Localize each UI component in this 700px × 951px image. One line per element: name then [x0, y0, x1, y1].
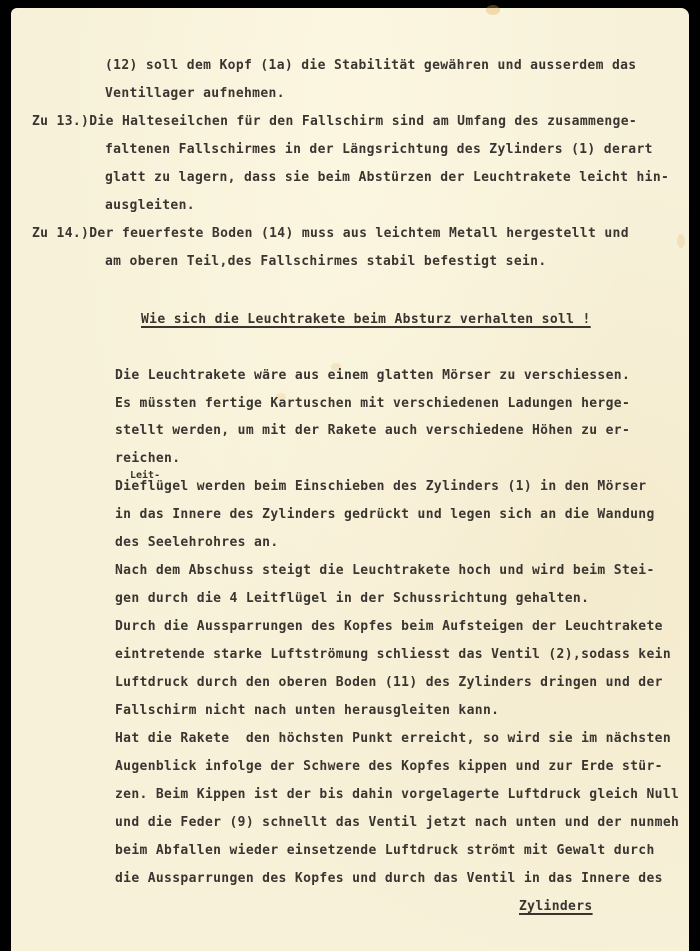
paper-stain: [677, 234, 685, 248]
text-line: gen durch die 4 Leitflügel in der Schuss…: [115, 591, 589, 606]
text-line: in das Innere des Zylinders gedrückt und…: [115, 507, 655, 522]
text-line: eintretende starke Luftströmung schliess…: [115, 647, 671, 662]
text-line: Fallschirm nicht nach unten herausgleite…: [115, 703, 499, 718]
text-line: Durch die Aussparrungen des Kopfes beim …: [115, 619, 663, 634]
text-line: Luftdruck durch den oberen Boden (11) de…: [115, 675, 663, 690]
text-line: zen. Beim Kippen ist der bis dahin vorge…: [115, 787, 679, 802]
text-line: die Aussparrungen des Kopfes und durch d…: [115, 871, 663, 886]
text-line: (12) soll dem Kopf (1a) die Stabilität g…: [105, 58, 636, 73]
text-line: Zu 13.)Die Halteseilchen für den Fallsch…: [32, 114, 637, 129]
text-line: Die Leuchtrakete wäre aus einem glatten …: [115, 368, 630, 383]
text-line: reichen.: [115, 451, 180, 466]
paper-stain: [486, 5, 500, 15]
text-line: des Seelehrohres an.: [115, 535, 279, 550]
text-line: Es müssten fertige Kartuschen mit versch…: [115, 396, 630, 411]
text-line: und die Feder (9) schnellt das Ventil je…: [115, 815, 679, 830]
text-line: Nach dem Abschuss steigt die Leuchtraket…: [115, 563, 655, 578]
text-line: Zu 14.)Der feuerfeste Boden (14) muss au…: [32, 226, 629, 241]
text-line: glatt zu lagern, dass sie beim Abstürzen…: [105, 170, 669, 185]
text-line: Hat die Rakete den höchsten Punkt erreic…: [115, 731, 671, 746]
text-line: Augenblick infolge der Schwere des Kopfe…: [115, 759, 663, 774]
text-line: Ventillager aufnehmen.: [105, 86, 285, 101]
text-line: Dieflügel werden beim Einschieben des Zy…: [115, 479, 646, 494]
text-line: beim Abfallen wieder einsetzende Luftdru…: [115, 843, 655, 858]
text-line: faltenen Fallschirmes in der Längsrichtu…: [105, 142, 653, 157]
text-line: am oberen Teil,des Fallschirmes stabil b…: [105, 254, 547, 269]
text-line: ausgleiten.: [105, 198, 195, 213]
text-line: stellt werden, um mit der Rakete auch ve…: [115, 423, 630, 438]
section-heading: Wie sich die Leuchtrakete beim Absturz v…: [141, 312, 591, 327]
catchword: Zylinders: [519, 899, 593, 914]
